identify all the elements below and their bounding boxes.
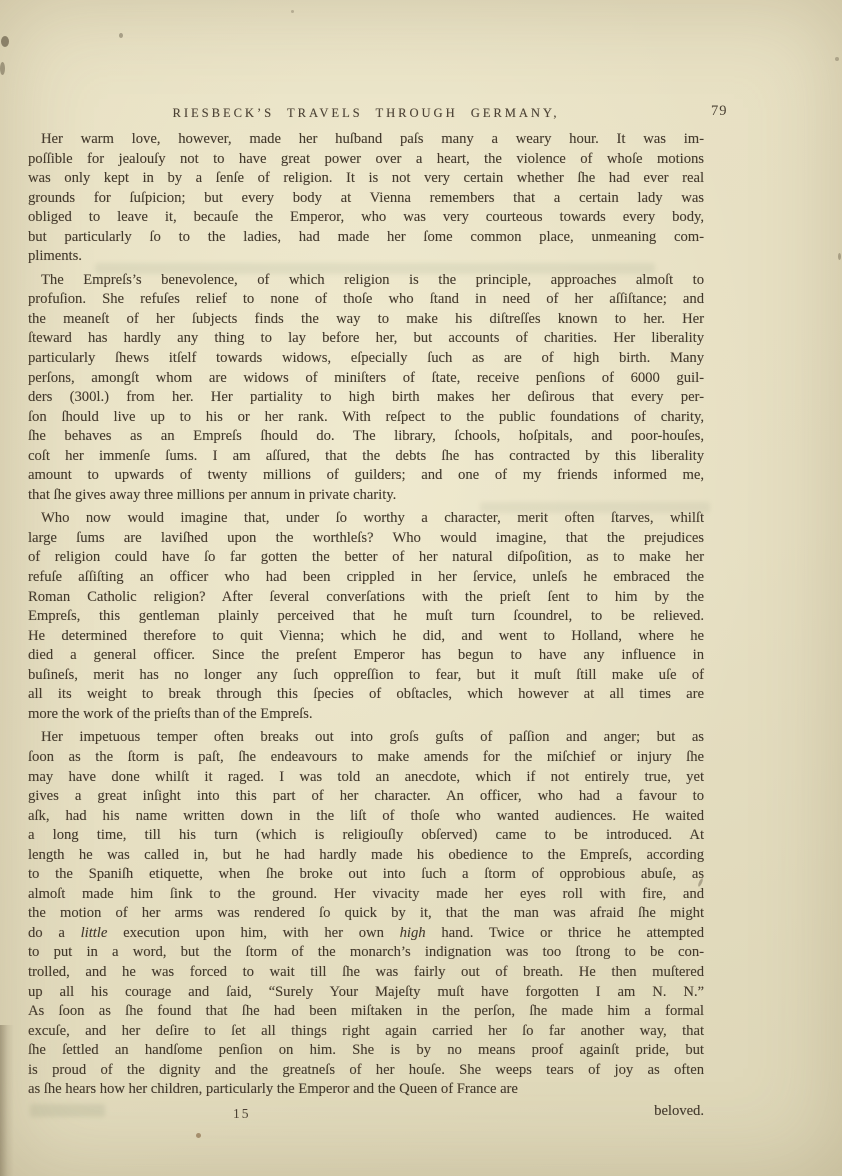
- text-line: as ſhe hears how her children, particula…: [28, 1080, 704, 1100]
- text-line: do a little execution upon him, with her…: [28, 924, 704, 944]
- text-line: ſteward has hardly any thing to lay befo…: [28, 329, 704, 349]
- text-line: the meaneſt of her ſubjects finds the wa…: [28, 310, 704, 330]
- text-line: The Empreſs’s benevolence, of which reli…: [28, 271, 704, 291]
- text-line: buſineſs, merit has no longer any ſuch o…: [28, 666, 704, 686]
- catchword: beloved.: [654, 1103, 704, 1119]
- text-line: almoſt made him ſink to the ground. Her …: [28, 885, 704, 905]
- text-line: particularly ſhews itſelf towards widows…: [28, 349, 704, 369]
- paragraph: The Empreſs’s benevolence, of which reli…: [28, 271, 704, 506]
- paragraph: Her warm love, however, made her huſband…: [28, 130, 704, 267]
- text-line: the motion of her arms was rendered ſo q…: [28, 904, 704, 924]
- text-block: Her warm love, however, made her huſband…: [28, 130, 704, 1100]
- running-header: RIESBECK’S TRAVELS THROUGH GERMANY,: [28, 104, 704, 122]
- ink-speck: [119, 33, 123, 38]
- text-line: trolled, and he was forced to wait till …: [28, 963, 704, 983]
- text-line: to the Spaniſh etiquette, when ſhe broke…: [28, 865, 704, 885]
- text-line: profuſion. She refuſes relief to none of…: [28, 290, 704, 310]
- text-line: ſon ſhould live up to his or her rank. W…: [28, 408, 704, 428]
- ink-speck: [291, 10, 294, 13]
- ink-speck: [196, 1133, 201, 1138]
- text-line: poſſible for jealouſy not to have great …: [28, 150, 704, 170]
- text-line: large ſums are laviſhed upon the worthle…: [28, 529, 704, 549]
- text-line: perſons, amongſt whom are widows of mini…: [28, 369, 704, 389]
- text-line: may have done whilſt it raged. I was tol…: [28, 768, 704, 788]
- text-line: died a general officer. Since the preſen…: [28, 646, 704, 666]
- text-line: Roman Catholic religion? After ſeveral c…: [28, 588, 704, 608]
- text-line: Who now would imagine that, under ſo wor…: [28, 509, 704, 529]
- text-line: more the work of the prieſts than of the…: [28, 705, 704, 725]
- text-line: but particularly ſo to the ladies, had m…: [28, 228, 704, 248]
- text-line: Her warm love, however, made her huſband…: [28, 130, 704, 150]
- text-line: aſk, had his name written down in the li…: [28, 807, 704, 827]
- text-line: all its weight to break through this ſpe…: [28, 685, 704, 705]
- binding-shadow: [0, 1025, 14, 1176]
- text-line: ſhe behaves as an Empreſs ſhould do. The…: [28, 427, 704, 447]
- text-line: a long time, till his turn (which is rel…: [28, 826, 704, 846]
- catchword-row: beloved.: [28, 1103, 704, 1120]
- text-line: ders (300l.) from her. Her partiality to…: [28, 388, 704, 408]
- text-line: As ſoon as ſhe found that ſhe had been m…: [28, 1002, 704, 1022]
- text-line: up all his courage and ſaid, “Surely You…: [28, 983, 704, 1003]
- text-line: ſhe ſettled an handſome penſion on him. …: [28, 1041, 704, 1061]
- header-title: RIESBECK’S TRAVELS THROUGH GERMANY,: [173, 106, 560, 120]
- text-line: refuſe aſſiſting an officer who had been…: [28, 568, 704, 588]
- text-line: Empreſs, this gentleman plainly perceive…: [28, 607, 704, 627]
- text-line: that ſhe gives away three millions per a…: [28, 486, 704, 506]
- ink-speck: [835, 57, 839, 61]
- text-line: pliments.: [28, 247, 704, 267]
- text-line: ſoon as the ſtorm is paſt, ſhe endeavour…: [28, 748, 704, 768]
- text-line: grounds for ſuſpicion; but every body at…: [28, 189, 704, 209]
- page-number: 79: [711, 103, 728, 120]
- text-line: was only kept in by a ſenſe of religion.…: [28, 169, 704, 189]
- paragraph: Who now would imagine that, under ſo wor…: [28, 509, 704, 724]
- text-line: obliged to leave it, becauſe the Emperor…: [28, 208, 704, 228]
- text-line: Her impetuous temper often breaks out in…: [28, 728, 704, 748]
- text-line: is proud of the dignity and the greatneſ…: [28, 1061, 704, 1081]
- text-line: amount to upwards of twenty millions of …: [28, 466, 704, 486]
- ink-speck: [1, 36, 9, 47]
- text-line: length he was called in, but he had hard…: [28, 846, 704, 866]
- text-line: coſt her immenſe ſums. I am aſſured, tha…: [28, 447, 704, 467]
- text-line: of religion could have ſo far gotten the…: [28, 548, 704, 568]
- text-line: to put in a word, but the ſtorm of the m…: [28, 943, 704, 963]
- ink-speck: [0, 62, 5, 75]
- text-line: He determined therefore to quit Vienna; …: [28, 627, 704, 647]
- paragraph: Her impetuous temper often breaks out in…: [28, 728, 704, 1099]
- book-page-scan: RIESBECK’S TRAVELS THROUGH GERMANY, 79 H…: [0, 0, 842, 1176]
- text-line: excuſe, and her deſire to ſet all things…: [28, 1022, 704, 1042]
- ink-speck: [838, 253, 841, 260]
- text-line: gives a great inſight into this part of …: [28, 787, 704, 807]
